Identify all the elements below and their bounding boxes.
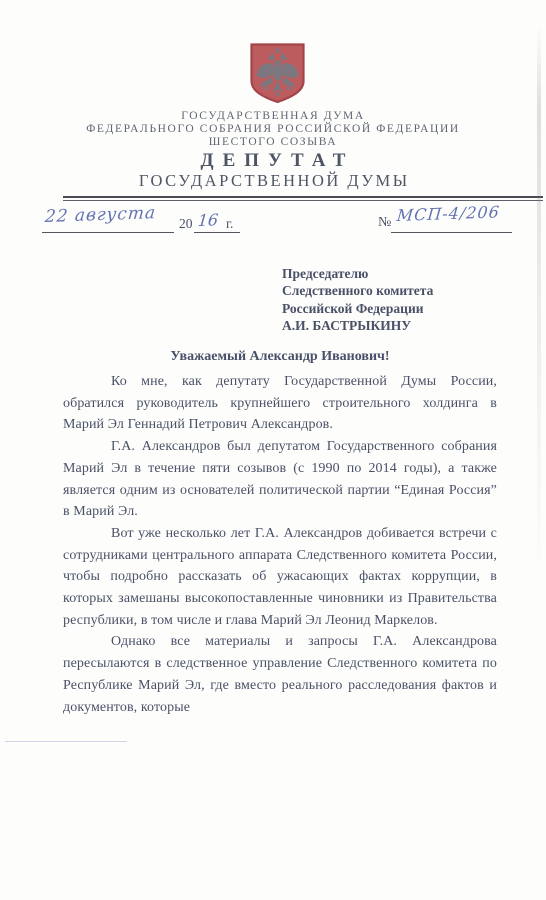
scanned-letter-page: ГОСУДАРСТВЕННАЯ ДУМА ФЕДЕРАЛЬНОГО СОБРАН… [0,0,546,900]
scan-edge-artifact [537,25,541,585]
addressee-block: Председателю Следственного комитета Росс… [282,265,492,335]
body-paragraph: Однако все материалы и запросы Г.А. Алек… [63,631,497,718]
number-sign: № [378,215,391,231]
handwritten-outgoing-number: МСП-4/206 [396,202,501,225]
date-underline [42,232,174,233]
scan-line-artifact [5,741,127,742]
addressee-line: Российской Федерации [282,300,492,317]
letterhead-title: ДЕПУТАТ [0,150,546,172]
addressee-line: Следственного комитета [282,282,492,299]
salutation: Уважаемый Александр Иванович! [63,349,497,365]
number-underline [391,232,512,233]
coat-of-arms-icon [248,43,307,104]
body-paragraph: Г.А. Александров был депутатом Государст… [63,436,497,523]
letterhead-subtitle: ГОСУДАРСТВЕННОЙ ДУМЫ [0,171,546,191]
addressee-line: А.И. БАСТРЫКИНУ [282,317,492,334]
org-name-line-3: ШЕСТОГО СОЗЫВА [0,136,546,148]
letterhead-divider-rule [63,196,543,201]
letter-body: Ко мне, как депутату Государственной Дум… [63,371,497,718]
addressee-line: Председателю [282,265,492,282]
org-name-line-1: ГОСУДАРСТВЕННАЯ ДУМА [0,110,546,122]
body-paragraph: Ко мне, как депутату Государственной Дум… [63,371,497,436]
printed-year-suffix: г. [226,216,233,232]
year-underline [194,232,240,233]
body-paragraph: Вот уже несколько лет Г.А. Александров д… [63,523,497,632]
printed-year-prefix: 20 [179,216,193,232]
org-name-line-2: ФЕДЕРАЛЬНОГО СОБРАНИЯ РОССИЙСКОЙ ФЕДЕРАЦ… [0,123,546,135]
handwritten-date: 22 августа [44,203,157,227]
handwritten-year: 16 [197,210,219,230]
